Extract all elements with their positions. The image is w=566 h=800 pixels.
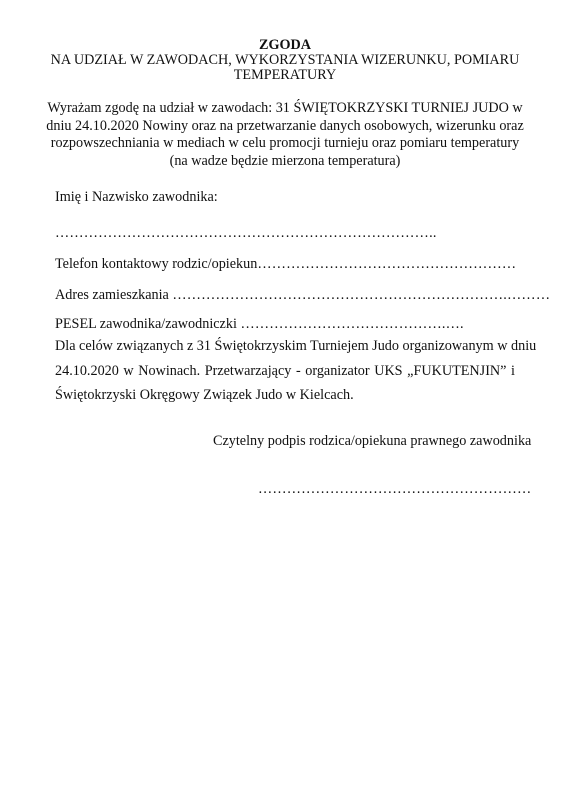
phone-label: Telefon kontaktowy rodzic/opiekun [55, 256, 257, 272]
athlete-name-label: Imię i Nazwisko zawodnika: [55, 189, 218, 205]
pesel-label: PESEL zawodnika/zawodniczki [55, 316, 240, 332]
consent-statement-line: rozpowszechniania w mediach w celu promo… [40, 135, 530, 153]
signature-field[interactable]: ………………………………………………… [258, 481, 531, 498]
address-field[interactable]: …………………………………………………………….……… [172, 287, 550, 303]
document-title: ZGODA [40, 37, 530, 53]
paragraph-line: Świętokrzyski Okręgowy Związek Judo w Ki… [55, 383, 515, 408]
phone-field[interactable]: ……………………………………………… [257, 256, 516, 272]
consent-statement-line: (na wadze będzie mierzona temperatura) [40, 153, 530, 171]
consent-statement-line: dniu 24.10.2020 Nowiny oraz na przetwarz… [40, 118, 530, 136]
pesel-field-row: PESEL zawodnika/zawodniczki ………………………………… [55, 316, 464, 332]
data-processing-paragraph: Dla celów związanych z 31 Świętokrzyskim… [55, 334, 515, 408]
document-subtitle-line-1: NA UDZIAŁ W ZAWODACH, WYKORZYSTANIA WIZE… [40, 52, 530, 68]
paragraph-line: Dla celów związanych z 31 Świętokrzyskim… [55, 334, 515, 359]
signature-label: Czytelny podpis rodzica/opiekuna prawneg… [213, 433, 531, 450]
consent-statement-line: Wyrażam zgodę na udział w zawodach: 31 Ś… [40, 100, 530, 118]
paragraph-line: 24.10.2020 w Nowinach. Przetwarzający - … [55, 359, 515, 384]
document-subtitle-line-2: TEMPERATURY [40, 67, 530, 83]
pesel-field[interactable]: …………………………………….…. [240, 316, 463, 332]
consent-form-page: ZGODA NA UDZIAŁ W ZAWODACH, WYKORZYSTANI… [0, 0, 566, 800]
address-label: Adres zamieszkania [55, 287, 172, 303]
phone-field-row: Telefon kontaktowy rodzic/opiekun…………………… [55, 256, 516, 272]
athlete-name-field[interactable]: …………………………………………………………………….. [55, 225, 437, 241]
address-field-row: Adres zamieszkania ………………………………………………………… [55, 287, 550, 303]
consent-statement: Wyrażam zgodę na udział w zawodach: 31 Ś… [40, 100, 530, 170]
